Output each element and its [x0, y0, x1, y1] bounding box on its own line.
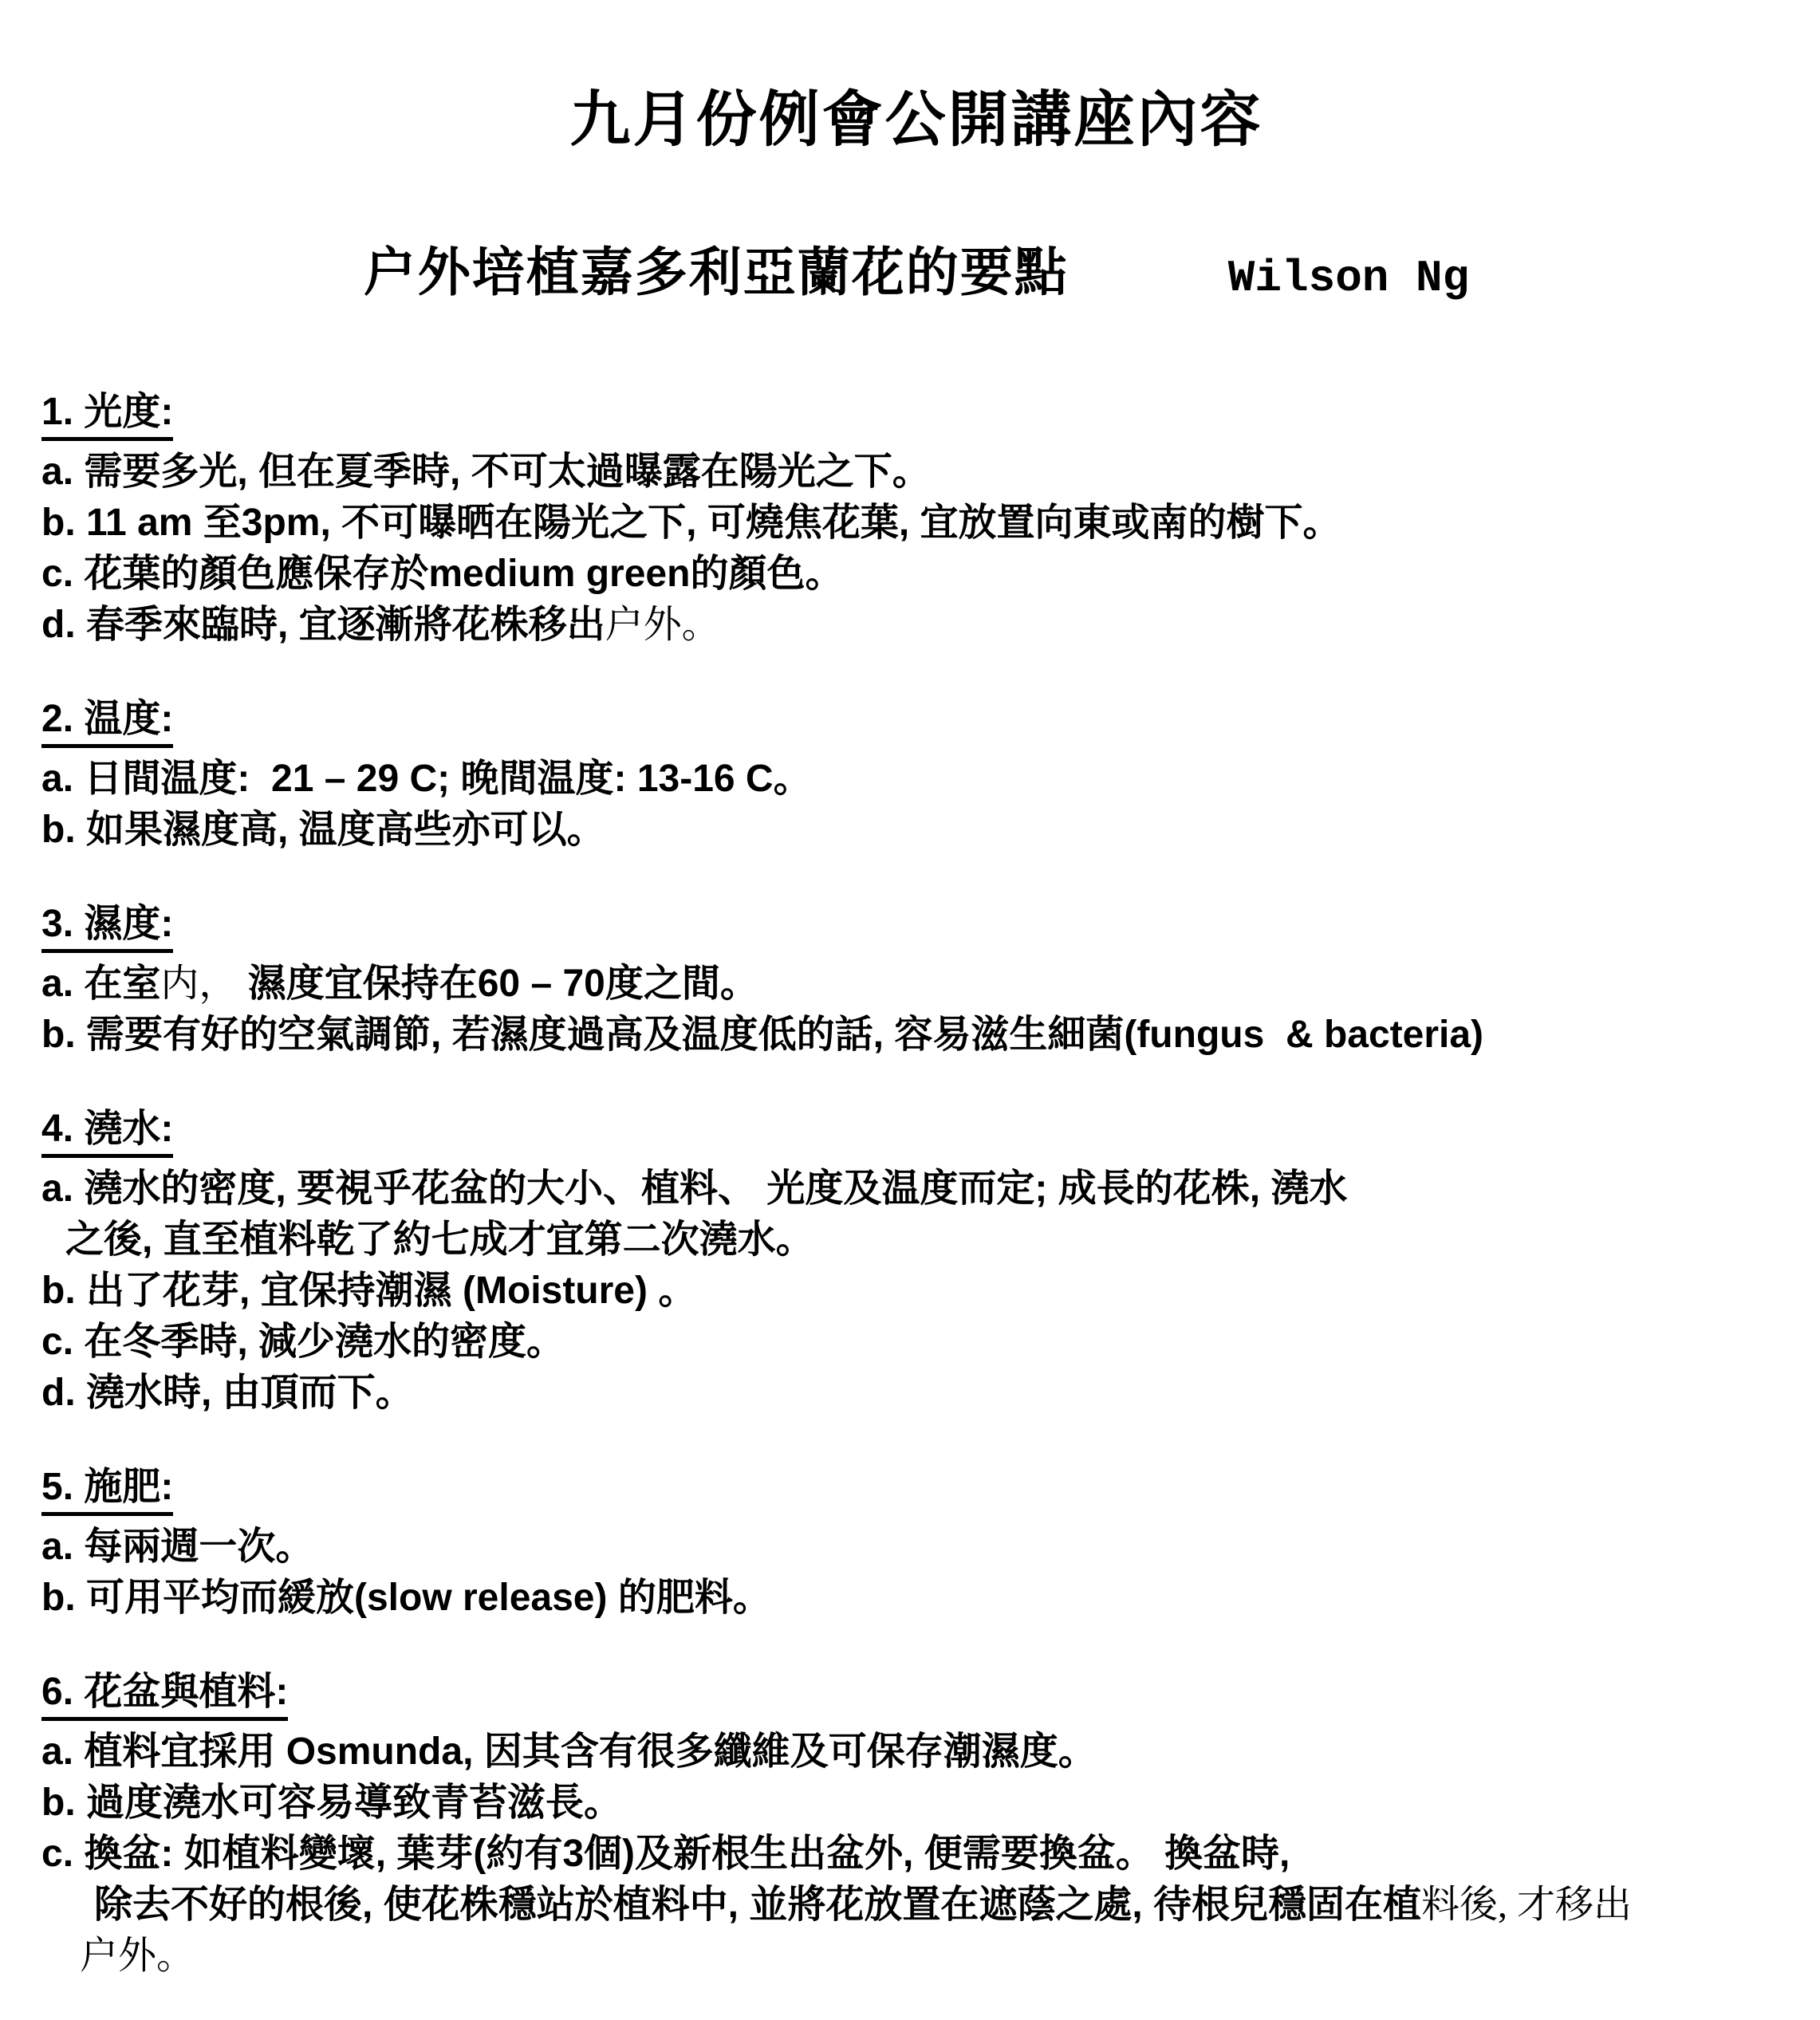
section-heading: 1. 光度: [41, 390, 173, 441]
body-line: b. 過度澆水可容易導致青苔滋長。 [41, 1778, 1791, 1829]
body-line: a. 植料宜採用 Osmunda, 因其含有很多纖維及可保存潮濕度。 [41, 1727, 1791, 1778]
content-section-5: 5. 施肥:a. 每兩週一次。b. 可用平均而緩放(slow release) … [41, 1465, 1791, 1624]
text-segment: b. 11 am 至3pm, 不可曝晒在陽光之下, 可燒焦花葉, 宜放置向東或南… [41, 502, 1341, 544]
fallback-font-text: 料後, 才移出 [1421, 1884, 1632, 1926]
body-line: b. 如果濕度高, 温度高些亦可以。 [41, 805, 1791, 856]
body-line: a. 在室内， 濕度宜保持在60 – 70度之間。 [41, 959, 1791, 1010]
text-segment: c. 在冬季時, 減少澆水的密度。 [41, 1321, 565, 1363]
section-heading-row: 5. 施肥: [41, 1465, 1791, 1522]
text-segment: c. 換盆: 如植料變壞, 葉芽(約有3個)及新根生出盆外, 便需要換盆。 換盆… [41, 1833, 1290, 1875]
content-section-1: 1. 光度:a. 需要多光, 但在夏季時, 不可太過曝露在陽光之下。b. 11 … [41, 390, 1791, 651]
body-line: b. 可用平均而緩放(slow release) 的肥料。 [41, 1573, 1791, 1624]
text-segment: c. 花葉的顏色應保存於medium green的顏色。 [41, 553, 843, 595]
document-title: 九月份例會公開講座內容 [41, 89, 1791, 153]
text-segment: a. 澆水的密度, 要視乎花盆的大小、植料、 光度及温度而定; 成長的花株, 澆… [41, 1168, 1347, 1210]
text-segment: d. 春季來臨時, 宜逐漸將花株移出 [41, 604, 605, 646]
section-heading: 2. 温度: [41, 697, 173, 748]
text-segment: 濕度宜保持在60 – 70度之間。 [237, 963, 758, 1005]
text-segment: a. 每兩週一次。 [41, 1526, 313, 1568]
content-section-4: 4. 澆水:a. 澆水的密度, 要視乎花盆的大小、植料、 光度及温度而定; 成長… [41, 1107, 1791, 1419]
body-line: c. 花葉的顏色應保存於medium green的顏色。 [41, 549, 1791, 600]
text-segment: a. 日間温度: 21 – 29 C; 晚間温度: 13-16 C。 [41, 758, 812, 800]
text-segment: b. 可用平均而緩放(slow release) 的肥料。 [41, 1577, 771, 1619]
section-heading-row: 4. 澆水: [41, 1107, 1791, 1164]
section-heading-row: 3. 濕度: [41, 902, 1791, 959]
document-page: 九月份例會公開講座內容 户外培植嘉多利亞蘭花的要點 Wilson Ng 1. 光… [0, 0, 1820, 2020]
text-segment: b. 出了花芽, 宜保持潮濕 (Moisture) 。 [41, 1270, 696, 1312]
sections-container: 1. 光度:a. 需要多光, 但在夏季時, 不可太過曝露在陽光之下。b. 11 … [41, 390, 1791, 1982]
text-segment: a. 需要多光, 但在夏季時, 不可太過曝露在陽光之下。 [41, 451, 931, 493]
body-line: b. 出了花芽, 宜保持潮濕 (Moisture) 。 [41, 1266, 1791, 1317]
body-line: b. 11 am 至3pm, 不可曝晒在陽光之下, 可燒焦花葉, 宜放置向東或南… [41, 498, 1791, 549]
section-heading-row: 1. 光度: [41, 390, 1791, 447]
body-line: a. 澆水的密度, 要視乎花盆的大小、植料、 光度及温度而定; 成長的花株, 澆… [41, 1164, 1791, 1215]
section-heading: 6. 花盆與植料: [41, 1670, 288, 1721]
body-line: d. 澆水時, 由頂而下。 [41, 1368, 1791, 1419]
content-section-3: 3. 濕度:a. 在室内， 濕度宜保持在60 – 70度之間。b. 需要有好的空… [41, 902, 1791, 1061]
section-heading-row: 6. 花盆與植料: [41, 1670, 1791, 1727]
body-line: c. 在冬季時, 減少澆水的密度。 [41, 1317, 1791, 1368]
content-section-6: 6. 花盆與植料:a. 植料宜採用 Osmunda, 因其含有很多纖維及可保存潮… [41, 1670, 1791, 1982]
text-segment: a. 在室 [41, 963, 160, 1005]
text-segment: b. 過度澆水可容易導致青苔滋長。 [41, 1782, 622, 1824]
speaker-name: Wilson Ng [1228, 253, 1469, 304]
lecture-topic: 户外培植嘉多利亞蘭花的要點 [364, 230, 1069, 305]
subtitle-row: 户外培植嘉多利亞蘭花的要點 Wilson Ng [41, 230, 1791, 305]
section-heading: 5. 施肥: [41, 1465, 173, 1516]
text-segment: d. 澆水時, 由頂而下。 [41, 1372, 414, 1414]
body-line: b. 需要有好的空氣調節, 若濕度過高及温度低的話, 容易滋生細菌(fungus… [41, 1010, 1791, 1061]
text-segment: 除去不好的根後, 使花株穩站於植料中, 並將花放置在遮蔭之處, 待根兒穩固在植 [94, 1884, 1421, 1926]
section-heading: 3. 濕度: [41, 902, 173, 953]
fallback-font-text: 内， [160, 963, 237, 1005]
text-segment: b. 如果濕度高, 温度高些亦可以。 [41, 809, 605, 851]
body-line: c. 換盆: 如植料變壞, 葉芽(約有3個)及新根生出盆外, 便需要換盆。 換盆… [41, 1829, 1791, 1880]
fallback-font-text: 户外。 [80, 1935, 195, 1977]
fallback-font-text: 户外。 [605, 604, 720, 646]
text-segment: b. 需要有好的空氣調節, 若濕度過高及温度低的話, 容易滋生細菌(fungus… [41, 1014, 1483, 1056]
text-segment: a. 植料宜採用 Osmunda, 因其含有很多纖維及可保存潮濕度。 [41, 1731, 1097, 1773]
section-heading-row: 2. 温度: [41, 697, 1791, 754]
body-line: 之後, 直至植料乾了約七成才宜第二次澆水。 [41, 1215, 1791, 1266]
body-line: a. 需要多光, 但在夏季時, 不可太過曝露在陽光之下。 [41, 447, 1791, 498]
body-line: a. 每兩週一次。 [41, 1522, 1791, 1573]
body-line: 户外。 [41, 1931, 1791, 1982]
content-section-2: 2. 温度:a. 日間温度: 21 – 29 C; 晚間温度: 13-16 C。… [41, 697, 1791, 856]
text-segment: 之後, 直至植料乾了約七成才宜第二次澆水。 [65, 1219, 814, 1261]
section-heading: 4. 澆水: [41, 1107, 173, 1158]
body-line: a. 日間温度: 21 – 29 C; 晚間温度: 13-16 C。 [41, 754, 1791, 805]
body-line: 除去不好的根後, 使花株穩站於植料中, 並將花放置在遮蔭之處, 待根兒穩固在植料… [41, 1880, 1791, 1931]
body-line: d. 春季來臨時, 宜逐漸將花株移出户外。 [41, 600, 1791, 651]
